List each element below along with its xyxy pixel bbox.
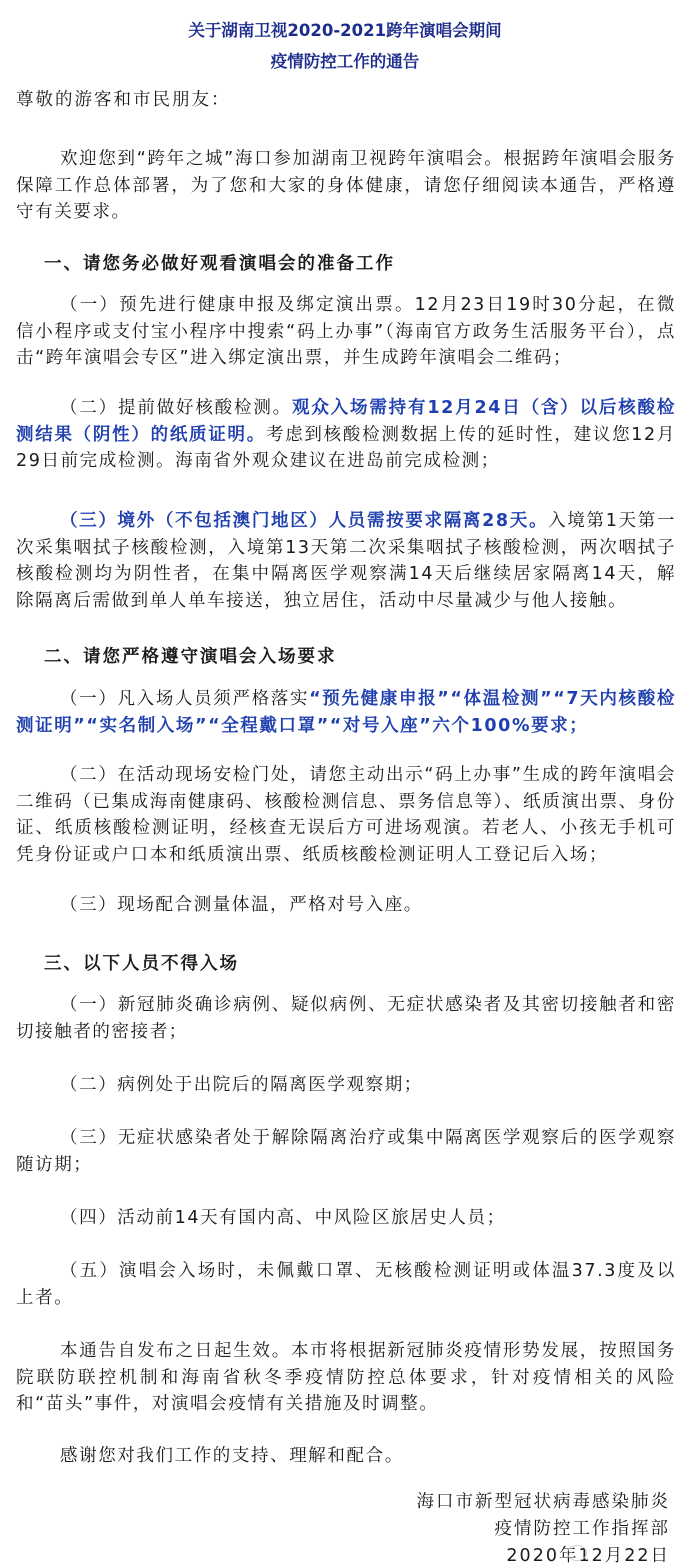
greeting: 尊敬的游客和市民朋友： — [16, 86, 231, 111]
notice-document: 关于湖南卫视2020-2021跨年演唱会期间 疫情防控工作的通告 尊敬的游客和市… — [0, 0, 690, 1568]
section1-heading: 一、请您务必做好观看演唱会的准备工作 — [44, 250, 395, 275]
section1-item2: （二）提前做好核酸检测。观众入场需持有12月24日（含）以后核酸检测结果（阴性）… — [16, 395, 676, 475]
document-title-line1: 关于湖南卫视2020-2021跨年演唱会期间 — [0, 17, 690, 41]
section1-item3-highlight: （三）境外（不包括澳门地区）人员需按要求隔离28天。 — [60, 511, 548, 531]
section3-heading: 三、以下人员不得入场 — [44, 950, 239, 975]
section3-item1: （一）新冠肺炎确诊病例、疑似病例、无症状感染者及其密切接触者和密切接触者的密接者… — [16, 992, 676, 1045]
intro-paragraph: 欢迎您到“跨年之城”海口参加湖南卫视跨年演唱会。根据跨年演唱会服务保障工作总体部… — [16, 146, 676, 226]
section3-item2: （二）病例处于出院后的隔离医学观察期； — [16, 1072, 676, 1099]
section1-item2-lead: （二）提前做好核酸检测。 — [60, 398, 292, 418]
thanks-line: 感谢您对我们工作的支持、理解和配合。 — [16, 1443, 676, 1470]
section2-item3: （三）现场配合测量体温，严格对号入座。 — [16, 892, 676, 919]
section3-item5: （五）演唱会入场时，未佩戴口罩、无核酸检测证明或体温37.3度及以上者。 — [16, 1258, 676, 1311]
section1-item1: （一）预先进行健康申报及绑定演出票。12月23日19时30分起，在微信小程序或支… — [16, 292, 676, 372]
section2-item2: （二）在活动现场安检门处，请您主动出示“码上办事”生成的跨年演唱会二维码（已集成… — [16, 762, 676, 868]
signature-org-line2: 疫情防控工作指挥部 — [495, 1515, 671, 1540]
section2-item1-lead: （一）凡入场人员须严格落实 — [60, 689, 309, 709]
section3-item3: （三）无症状感染者处于解除隔离治疗或集中隔离医学观察后的医学观察随访期； — [16, 1125, 676, 1178]
signature-org-line1: 海口市新型冠状病毒感染肺炎 — [417, 1488, 671, 1513]
section2-heading: 二、请您严格遵守演唱会入场要求 — [44, 643, 337, 668]
weibo-icon — [567, 1545, 587, 1561]
closing-paragraph: 本通告自发布之日起生效。本市将根据新冠肺炎疫情形势发展，按照国务院联防联控机制和… — [16, 1338, 676, 1418]
document-title-line2: 疫情防控工作的通告 — [0, 48, 690, 72]
watermark — [567, 1540, 687, 1566]
section1-item3: （三）境外（不包括澳门地区）人员需按要求隔离28天。入境第1天第一次采集咽拭子核… — [16, 508, 676, 614]
section2-item1: （一）凡入场人员须严格落实“预先健康申报”“体温检测”“7天内核酸检测证明”“实… — [16, 686, 676, 739]
section3-item4: （四）活动前14天有国内高、中风险区旅居史人员； — [16, 1205, 676, 1232]
